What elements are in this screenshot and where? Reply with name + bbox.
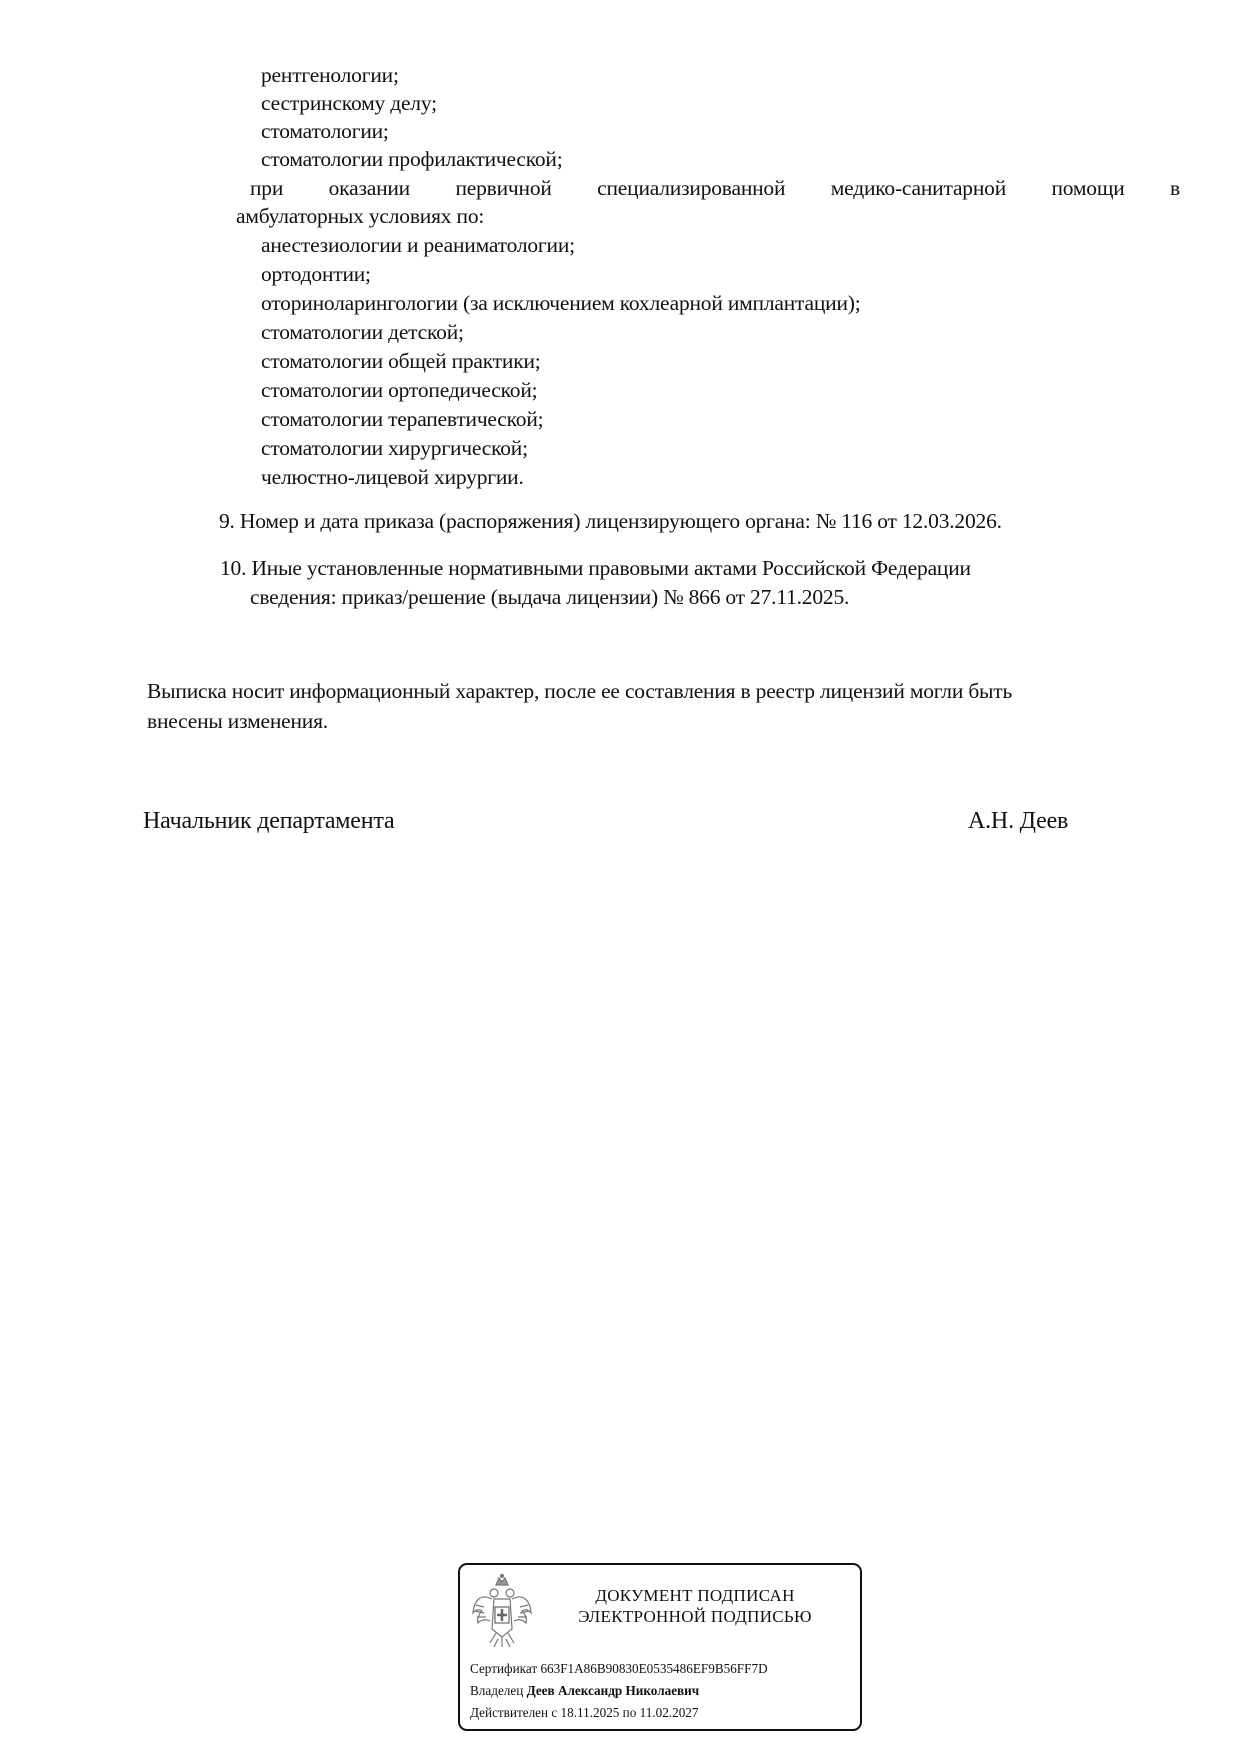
list-item: стоматологии детской;	[261, 319, 464, 345]
list-item: стоматологии;	[261, 118, 389, 144]
word: в	[1170, 175, 1180, 201]
word: медико-санитарной	[831, 175, 1006, 201]
stamp-certificate: Сертификат 663F1A86B90830E0535486EF9B56F…	[470, 1661, 768, 1677]
item-10-line1: 10. Иные установленные нормативными прав…	[220, 555, 971, 581]
owner-value: Деев Александр Николаевич	[527, 1683, 700, 1698]
stamp-title-line2: ЭЛЕКТРОННОЙ ПОДПИСЬЮ	[540, 1606, 850, 1627]
word: оказании	[329, 175, 410, 201]
item-10-line2: сведения: приказ/решение (выдача лицензи…	[250, 584, 849, 610]
certificate-value: 663F1A86B90830E0535486EF9B56FF7D	[540, 1661, 767, 1676]
signatory-position: Начальник департамента	[143, 806, 394, 836]
list-item: сестринскому делу;	[261, 90, 437, 116]
list-item: оториноларингологии (за исключением кохл…	[261, 290, 860, 316]
owner-label: Владелец	[470, 1683, 523, 1698]
signatory-name: А.Н. Деев	[968, 806, 1068, 836]
disclaimer-line2: внесены изменения.	[147, 708, 328, 734]
disclaimer-line1: Выписка носит информационный характер, п…	[147, 678, 1012, 704]
list-item: стоматологии терапевтической;	[261, 406, 543, 432]
list-item: стоматологии общей практики;	[261, 348, 541, 374]
word: специализированной	[597, 175, 785, 201]
list-item: ортодонтии;	[261, 261, 371, 287]
list-item: стоматологии ортопедической;	[261, 377, 537, 403]
intro-paragraph-line1: при оказании первичной специализированно…	[250, 175, 1180, 201]
word: помощи	[1051, 175, 1124, 201]
item-9-order: 9. Номер и дата приказа (распоряжения) л…	[219, 508, 1002, 534]
certificate-label: Сертификат	[470, 1661, 537, 1676]
electronic-signature-stamp: ДОКУМЕНТ ПОДПИСАН ЭЛЕКТРОННОЙ ПОДПИСЬЮ С…	[458, 1563, 862, 1731]
word: при	[250, 175, 283, 201]
stamp-owner: Владелец Деев Александр Николаевич	[470, 1683, 699, 1699]
list-item: рентгенологии;	[261, 62, 399, 88]
list-item: стоматологии хирургической;	[261, 435, 528, 461]
list-item: челюстно-лицевой хирургии.	[261, 464, 524, 490]
stamp-validity: Действителен с 18.11.2025 по 11.02.2027	[470, 1705, 698, 1721]
list-item: стоматологии профилактической;	[261, 146, 563, 172]
word: первичной	[455, 175, 551, 201]
intro-paragraph-line2: амбулаторных условиях по:	[236, 203, 484, 229]
stamp-title-line1: ДОКУМЕНТ ПОДПИСАН	[540, 1585, 850, 1606]
list-item: анестезиологии и реаниматологии;	[261, 232, 575, 258]
russian-coat-of-arms-icon	[470, 1573, 534, 1651]
